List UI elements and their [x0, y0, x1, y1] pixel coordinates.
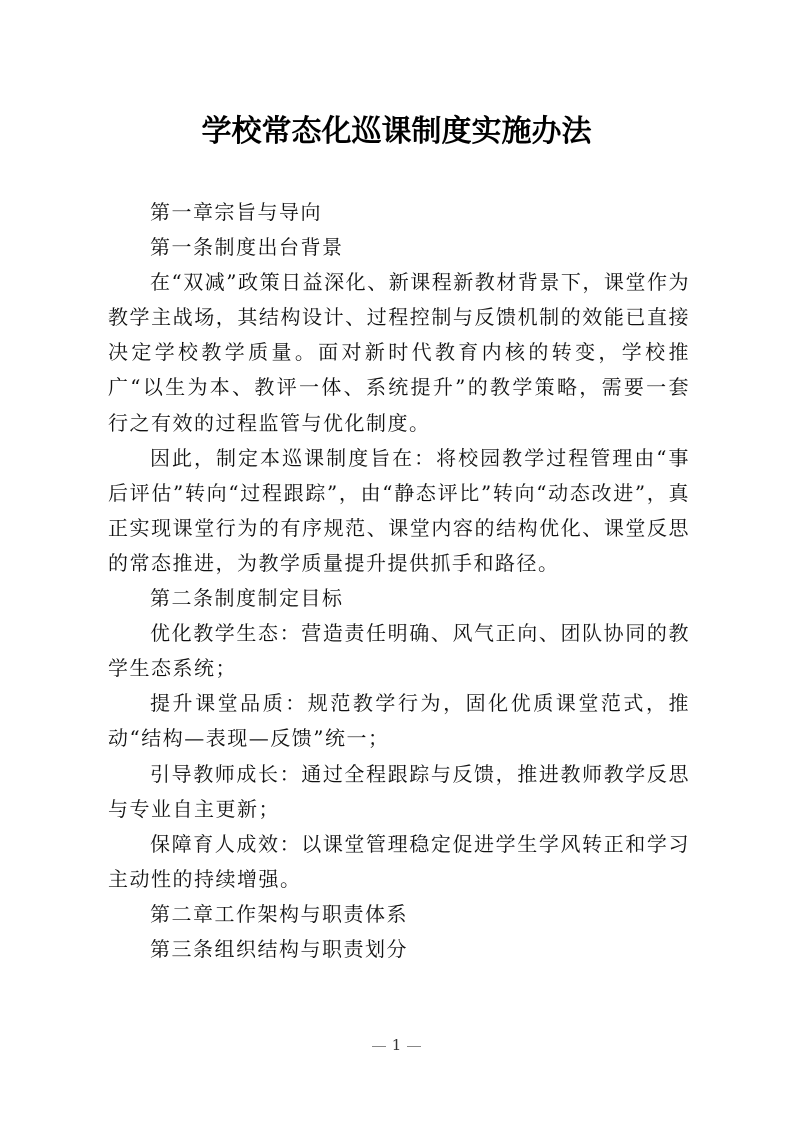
document-title: 学校常态化巡课制度实施办法: [0, 110, 793, 154]
body-paragraph: 因此，制定本巡课制度旨在：将校园教学过程管理由“事后评估”转向“过程跟踪”，由“…: [108, 441, 690, 581]
body-paragraph: 优化教学生态：营造责任明确、风气正向、团队协同的教学生态系统；: [108, 616, 690, 686]
article-heading: 第一条制度出台背景: [108, 230, 690, 265]
article-heading: 第二条制度制定目标: [108, 581, 690, 616]
page-number: 1: [392, 1036, 402, 1054]
body-paragraph: 提升课堂品质：规范教学行为，固化优质课堂范式，推动“结构—表现—反馈”统一；: [108, 686, 690, 756]
article-heading: 第三条组织结构与职责划分: [108, 932, 690, 967]
body-paragraph: 保障育人成效：以课堂管理稳定促进学生学风转正和学习主动性的持续增强。: [108, 827, 690, 897]
dash-right-icon: [407, 1046, 421, 1047]
body-paragraph: 引导教师成长：通过全程跟踪与反馈，推进教师教学反思与专业自主更新；: [108, 757, 690, 827]
dash-left-icon: [372, 1046, 386, 1047]
chapter-heading: 第二章工作架构与职责体系: [108, 897, 690, 932]
document-page: 学校常态化巡课制度实施办法 第一章宗旨与导向 第一条制度出台背景 在“双减”政策…: [0, 0, 793, 1122]
page-footer: 1: [0, 1036, 793, 1054]
document-body: 第一章宗旨与导向 第一条制度出台背景 在“双减”政策日益深化、新课程新教材背景下…: [108, 195, 690, 967]
body-paragraph: 在“双减”政策日益深化、新课程新教材背景下，课堂作为教学主战场，其结构设计、过程…: [108, 265, 690, 440]
chapter-heading: 第一章宗旨与导向: [108, 195, 690, 230]
